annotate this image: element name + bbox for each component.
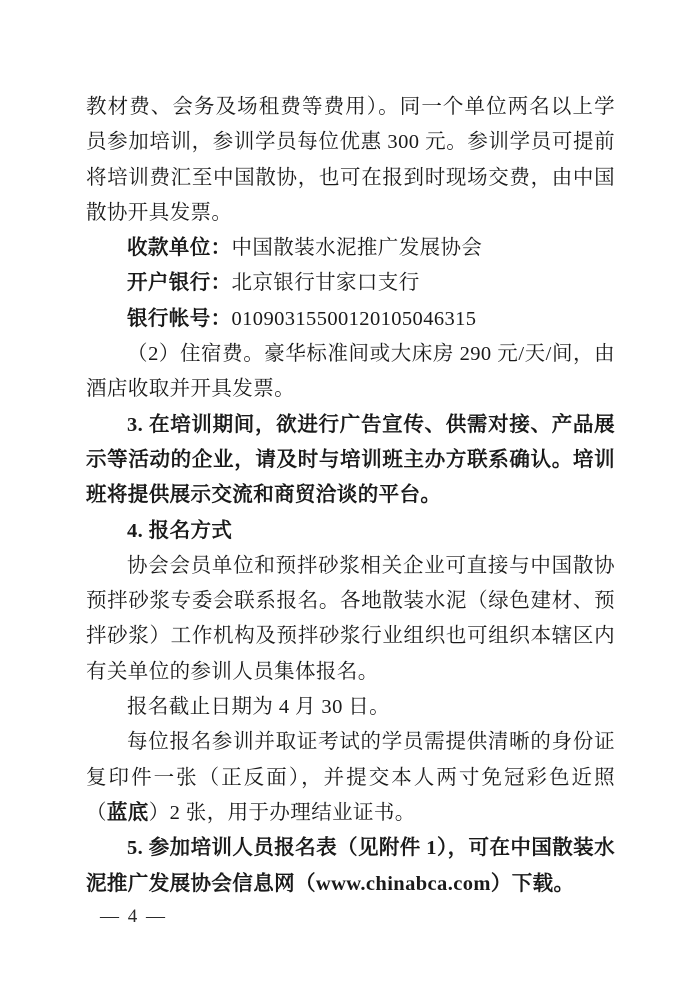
paragraph-lodging-fee: （2）住宿费。豪华标准间或大床房 290 元/天/间，由酒店收取并开具发票。 xyxy=(86,337,615,408)
bank-account-line: 银行帐号：01090315500120105046315 xyxy=(86,302,615,337)
bank-name-line: 开户银行：北京银行甘家口支行 xyxy=(86,266,615,301)
page-number: — 4 — xyxy=(100,903,167,931)
paragraph-deadline: 报名截止日期为 4 月 30 日。 xyxy=(86,690,615,725)
account-label: 银行帐号： xyxy=(127,308,232,330)
payee-value: 中国散装水泥推广发展协会 xyxy=(232,237,483,259)
payee-label: 收款单位： xyxy=(127,237,232,259)
document-body: 教材费、会务及场租费等费用）。同一个单位两名以上学员参加培训，参训学员每位优惠 … xyxy=(86,90,615,902)
paragraph-id-photo: 每位报名参训并取证考试的学员需提供清晰的身份证复印件一张（正反面），并提交本人两… xyxy=(86,725,615,831)
id-photo-text-after: ）2 张，用于办理结业证书。 xyxy=(149,802,416,824)
paragraph-item3-exhibition: 3. 在培训期间，欲进行广告宣传、供需对接、产品展示等活动的企业，请及时与培训班… xyxy=(86,408,615,514)
bank-payee-line: 收款单位：中国散装水泥推广发展协会 xyxy=(86,231,615,266)
document-page: 教材费、会务及场租费等费用）。同一个单位两名以上学员参加培训，参训学员每位优惠 … xyxy=(0,0,700,990)
paragraph-registration-channels: 协会会员单位和预拌砂浆相关企业可直接与中国散协预拌砂浆专委会联系报名。各地散装水… xyxy=(86,549,615,690)
paragraph-item5-download: 5. 参加培训人员报名表（见附件 1），可在中国散装水泥推广发展协会信息网（ww… xyxy=(86,831,615,902)
bank-label: 开户银行： xyxy=(127,272,232,294)
heading-item4-registration: 4. 报名方式 xyxy=(86,514,615,549)
bank-value: 北京银行甘家口支行 xyxy=(232,272,420,294)
account-number: 01090315500120105046315 xyxy=(232,308,477,330)
paragraph-fee-continuation: 教材费、会务及场租费等费用）。同一个单位两名以上学员参加培训，参训学员每位优惠 … xyxy=(86,90,615,231)
blue-background-highlight: 蓝底 xyxy=(107,802,149,824)
